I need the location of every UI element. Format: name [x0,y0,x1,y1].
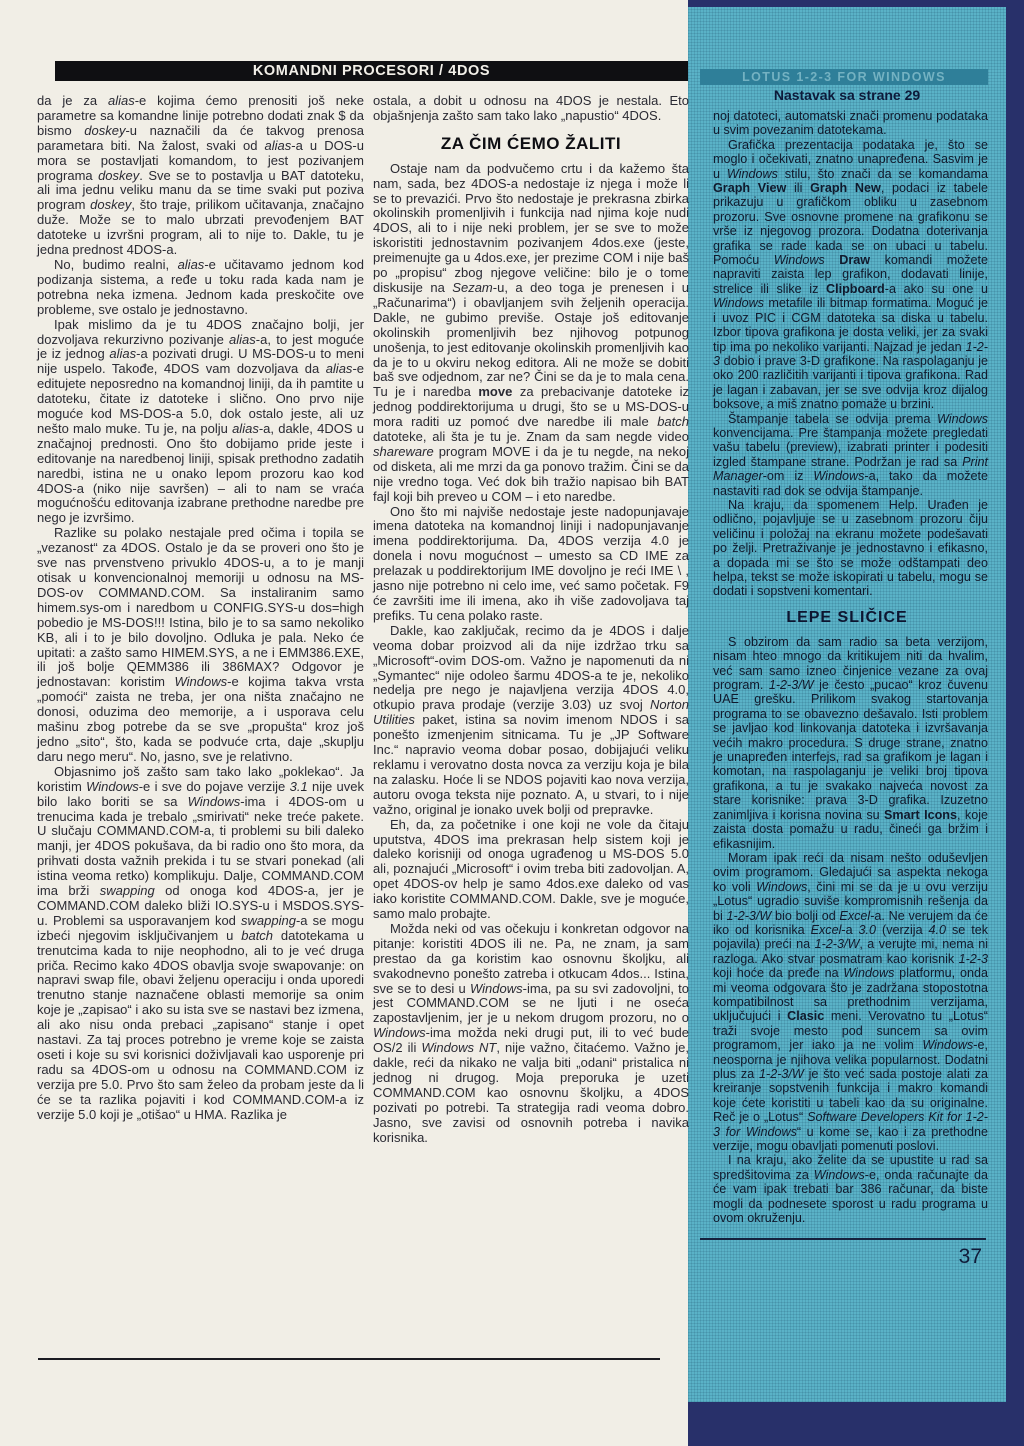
page-edge-bottom [688,1402,1024,1446]
lotus-article-banner: LOTUS 1-2-3 FOR WINDOWS [700,69,988,85]
paragraph: Dakle, kao zaključak, recimo da je 4DOS … [373,624,689,818]
column-middle: ostala, a dobit u odnosu na 4DOS je nest… [373,94,689,1146]
section-header-title: KOMANDNI PROCESORI / 4DOS [253,63,490,79]
paragraph: Eh, da, za početnike i one koji ne vole … [373,818,689,922]
middle-intro-paragraphs: ostala, a dobit u odnosu na 4DOS je nest… [373,94,689,124]
panel-divider [700,1238,986,1240]
paragraph: Grafička prezentacija podataka je, što s… [713,138,988,412]
page-edge-top [688,0,1024,7]
lotus-section-heading: LEPE SLIČICE [688,609,1006,627]
page-number: 37 [688,1245,982,1269]
paragraph: Možda neki od vas očekuju i konkretan od… [373,922,689,1146]
section-header: KOMANDNI PROCESORI / 4DOS [55,61,688,81]
paragraph: I na kraju, ako želite da se upustite u … [713,1153,988,1225]
paragraph: S obzirom da sam radio sa beta verzijom,… [713,635,988,851]
magazine-page: LOTUS 1-2-3 FOR WINDOWS Nastavak sa stra… [0,0,1024,1446]
continuation-note: Nastavak sa strane 29 [688,87,1006,103]
middle-section-heading: ZA ČIM ĆEMO ŽALITI [373,137,689,152]
paragraph: da je za alias-e kojima ćemo prenositi j… [37,94,364,258]
column-left: da je za alias-e kojima ćemo prenositi j… [37,94,364,1123]
page-edge-right [1006,0,1024,1446]
paragraph: Ono što mi najviše nedostaje jeste nadop… [373,505,689,624]
paragraph: Ostaje nam da podvučemo crtu i da kažemo… [373,162,689,505]
paragraph: ostala, a dobit u odnosu na 4DOS je nest… [373,94,689,124]
lotus-intro-paragraphs: noj datoteci, automatski znači promenu p… [713,109,988,599]
paragraph: Ipak mislimo da je tu 4DOS značajno bolj… [37,318,364,527]
lotus-article-panel: LOTUS 1-2-3 FOR WINDOWS Nastavak sa stra… [688,7,1006,1402]
paragraph: Na kraju, da spomenem Help. Urađen je od… [713,498,988,599]
paragraph: Moram ipak reći da nisam nešto oduševlje… [713,851,988,1154]
article-end-divider [38,1358,660,1360]
lotus-paragraphs: S obzirom da sam radio sa beta verzijom,… [713,635,988,1226]
paragraph: Štampanje tabela se odvija prema Windows… [713,412,988,498]
middle-paragraphs: Ostaje nam da podvučemo crtu i da kažemo… [373,162,689,1146]
paragraph: No, budimo realni, alias-e učitavamo jed… [37,258,364,318]
paragraph: Objasnimo još zašto sam tako lako „pokle… [37,765,364,1123]
paragraph: noj datoteci, automatski znači promenu p… [713,109,988,138]
paragraph: Razlike su polako nestajale pred očima i… [37,526,364,765]
